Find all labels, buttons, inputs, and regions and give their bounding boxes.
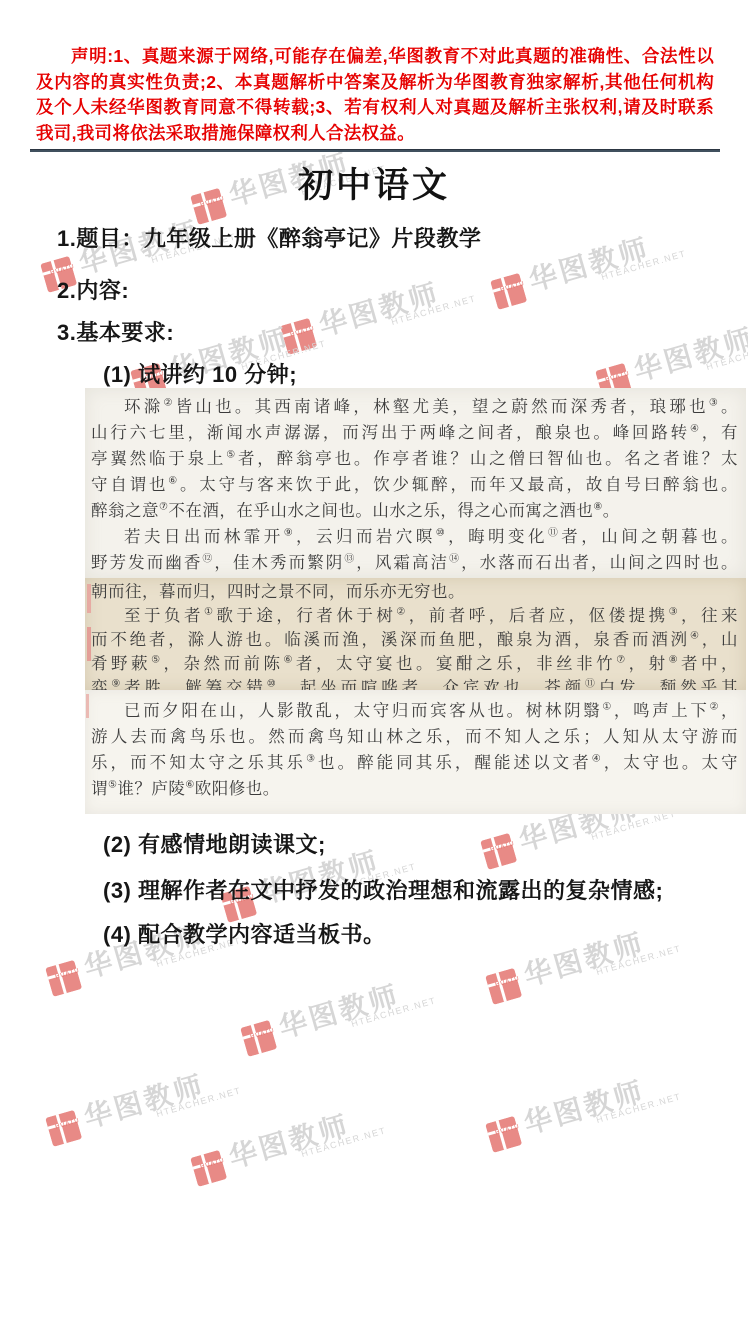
passage-scan-page-2: 朝而往，暮而归，四时之景不同，而乐亦无穷也。至于负者①歌于途，行者休于树②，前者… [85, 578, 746, 690]
huatu-logo-icon [485, 1116, 522, 1153]
disclaimer-text: 声明:1、真题来源于网络,可能存在偏差,华图教育不对此真题的准确性、合法性以及内… [36, 44, 714, 146]
passage-line: 亭翼然临于泉上⑤者，醉翁亭也。作亭者谁？山之僧曰智仙也。名之者谁？太 [91, 446, 738, 472]
watermark-domain: HTEACHER.NET [300, 1125, 387, 1159]
huatu-watermark: HUATU华图教师HTEACHER.NET [39, 887, 262, 1020]
watermark-text: 华图教师 [314, 272, 444, 345]
watermark-text: 华图教师 [629, 317, 748, 390]
huatu-watermark: HUATU华图教师HTEACHER.NET [479, 1043, 702, 1176]
huatu-watermark: HUATU华图教师HTEACHER.NET [484, 200, 707, 333]
passage-line: 乐，而不知太守之乐其乐③也。醉能同其乐，醒能述以文者④，太守也。太守 [91, 750, 738, 776]
passage-scan-page-3: 已而夕阳在山，人影散乱，太守归而宾客从也。树林阴翳①，鸣声上下②，游人去而禽鸟乐… [85, 690, 746, 814]
page-title: 初中语文 [0, 158, 748, 208]
huatu-logo-icon [45, 1110, 82, 1147]
exam-document-page: HUATU华图教师HTEACHER.NETHUATU华图教师HTEACHER.N… [0, 0, 748, 1335]
passage-line: 至于负者①歌于途，行者休于树②，前者呼，后者应，伛偻提携③，往来 [91, 604, 738, 628]
question-topic: 1.题目：九年级上册《醉翁亭记》片段教学 [57, 222, 481, 253]
watermark-domain: HTEACHER.NET [595, 1091, 682, 1125]
huatu-logo-icon [280, 318, 317, 355]
passage-line: 若夫日出而林霏开⑨，云归而岩穴暝⑩，晦明变化⑪者，山间之朝暮也。 [91, 524, 738, 550]
watermark-text: 华图教师 [274, 974, 404, 1047]
watermark-text: 华图教师 [524, 227, 654, 300]
passage-line: 朝而往，暮而归，四时之景不同，而乐亦无穷也。 [91, 580, 738, 604]
watermark-domain: HTEACHER.NET [390, 293, 477, 327]
passage-line: 肴野蔌⑤，杂然而前陈⑥者，太守宴也。宴酣之乐，非丝非竹⑦，射⑧者中， [91, 652, 738, 676]
huatu-watermark: HUATU华图教师HTEACHER.NET [184, 1077, 407, 1210]
requirement-4: (4) 配合教学内容适当板书。 [103, 918, 386, 949]
watermark-text: 华图教师 [224, 1104, 354, 1177]
watermark-domain: HTEACHER.NET [595, 943, 682, 977]
passage-line: 醉翁之意⑦不在酒，在乎山水之间也。山水之乐，得之心而寓之酒也⑧。 [91, 498, 738, 524]
section-divider [30, 149, 720, 152]
huatu-logo-icon [45, 960, 82, 997]
passage-line: 环滁②皆山也。其西南诸峰，林壑尤美，望之蔚然而深秀者，琅琊也③。 [91, 394, 738, 420]
huatu-logo-caption: HUATU [48, 966, 88, 983]
passage-line: 谓⑤谁？庐陵⑥欧阳修也。 [91, 776, 738, 802]
watermark-domain: HTEACHER.NET [350, 995, 437, 1029]
huatu-logo-icon [480, 833, 517, 870]
passage-line: 守自谓也⑥。太守与客来饮于此，饮少辄醉，而年又最高，故自号曰醉翁也。 [91, 472, 738, 498]
watermark-domain: HTEACHER.NET [600, 248, 687, 282]
huatu-logo-caption: HUATU [193, 1156, 233, 1173]
huatu-logo-caption: HUATU [488, 974, 528, 991]
watermark-domain: HTEACHER.NET [705, 338, 748, 372]
requirement-2: (2) 有感情地朗读课文; [103, 828, 326, 859]
requirement-1: (1) 试讲约 10 分钟; [103, 358, 297, 389]
huatu-logo-caption: HUATU [488, 1122, 528, 1139]
huatu-logo-caption: HUATU [598, 369, 638, 386]
passage-line: 游人去而禽鸟乐也。然而禽鸟知山林之乐，而不知人之乐；人知从太守游而 [91, 724, 738, 750]
requirement-3: (3) 理解作者在文中抒发的政治理想和流露出的复杂情感; [103, 874, 663, 905]
huatu-logo-icon [240, 1020, 277, 1057]
huatu-watermark: HUATU华图教师HTEACHER.NET [274, 245, 497, 378]
huatu-logo-icon [190, 1150, 227, 1187]
passage-line: 已而夕阳在山，人影散乱，太守归而宾客从也。树林阴翳①，鸣声上下②， [91, 698, 738, 724]
watermark-domain: HTEACHER.NET [155, 1085, 242, 1119]
passage-scan-page-1: 环滁②皆山也。其西南诸峰，林壑尤美，望之蔚然而深秀者，琅琊也③。山行六七里，渐闻… [85, 388, 746, 578]
question-content-label: 2.内容: [57, 274, 129, 305]
watermark-text: 华图教师 [79, 1064, 209, 1137]
huatu-logo-caption: HUATU [243, 1026, 283, 1043]
huatu-watermark: HUATU华图教师HTEACHER.NET [479, 895, 702, 1028]
passage-line: 弈⑨者胜，觥筹交错⑩，起坐而喧哗者，众宾欢也。苍颜⑪白发，颓然乎其 [91, 676, 738, 690]
huatu-logo-caption: HUATU [48, 1116, 88, 1133]
huatu-logo-icon [490, 273, 527, 310]
huatu-logo-caption: HUATU [493, 279, 533, 296]
watermark-text: 华图教师 [519, 1070, 649, 1143]
huatu-logo-caption: HUATU [283, 324, 323, 341]
question-requirements-label: 3.基本要求: [57, 316, 174, 347]
passage-line: 山行六七里，渐闻水声潺潺，而泻出于两峰之间者，酿泉也。峰回路转④，有 [91, 420, 738, 446]
huatu-logo-caption: HUATU [483, 839, 523, 856]
watermark-text: 华图教师 [519, 922, 649, 995]
huatu-watermark: HUATU华图教师HTEACHER.NET [39, 1037, 262, 1170]
huatu-watermark: HUATU华图教师HTEACHER.NET [234, 947, 457, 1080]
huatu-logo-icon [485, 968, 522, 1005]
passage-line: 野芳发而幽香⑫，佳木秀而繁阴⑬，风霜高洁⑭，水落而石出者，山间之四时也。 [91, 550, 738, 576]
passage-line: 而不绝者，滁人游也。临溪而渔，溪深而鱼肥，酿泉为酒，泉香而酒洌④，山 [91, 628, 738, 652]
